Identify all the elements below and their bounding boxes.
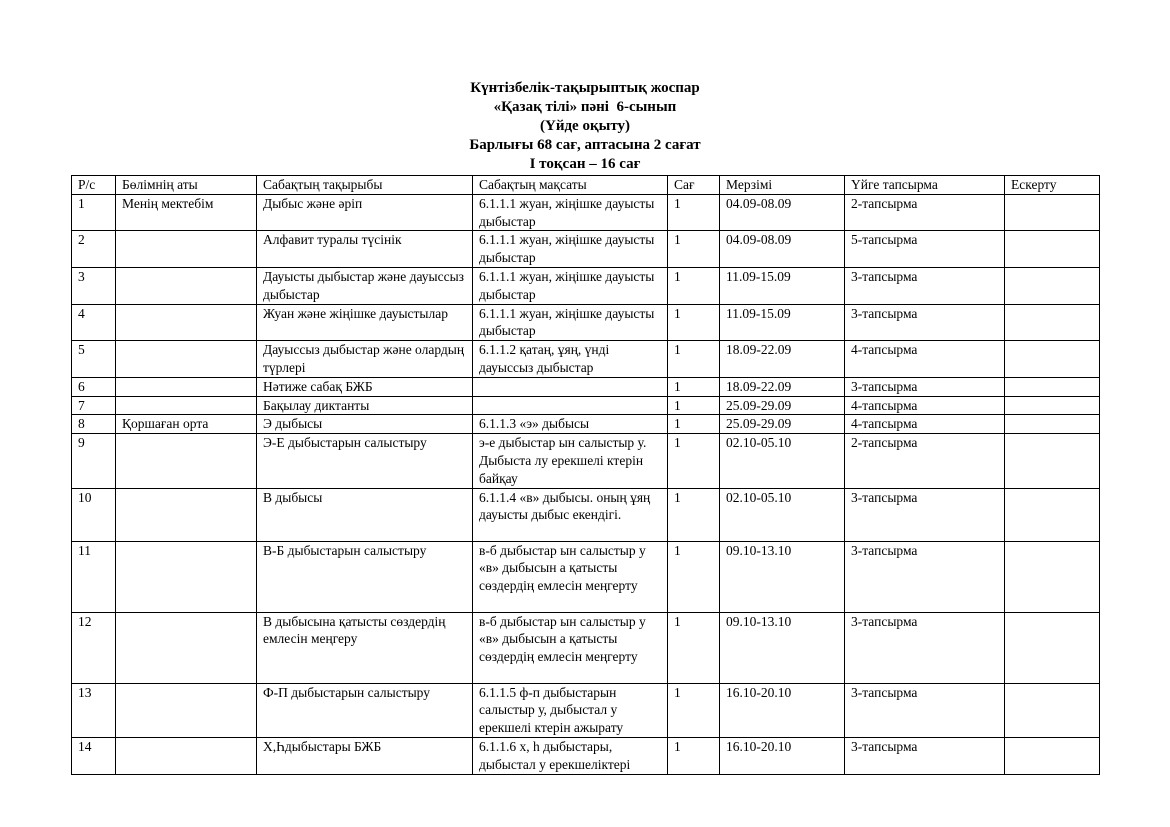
cell-homework: 4-тапсырма [845,415,1005,434]
lesson-plan-table: Р/с Бөлімнің аты Сабақтың тақырыбы Сабақ… [71,175,1100,775]
cell-hours: 1 [668,488,720,541]
cell-number: 6 [72,377,116,396]
cell-note [1005,267,1100,304]
table-row: 12В дыбысына қатысты сөздердің емлесін м… [72,612,1100,683]
table-row: 6Нәтиже сабақ БЖБ118.09-22.093-тапсырма [72,377,1100,396]
cell-homework: 3-тапсырма [845,377,1005,396]
cell-topic: Жуан және жіңішке дауыстылар [257,304,473,341]
heading-subject: «Қазақ тілі» пәні 6-сынып [0,98,1170,117]
cell-homework: 3-тапсырма [845,267,1005,304]
cell-note [1005,377,1100,396]
table-row: 14Х,Һдыбыстары БЖБ6.1.1.6 х, һ дыбыстары… [72,737,1100,774]
cell-note [1005,488,1100,541]
cell-hours: 1 [668,267,720,304]
cell-number: 1 [72,194,116,231]
cell-note [1005,737,1100,774]
column-header-hours: Сағ [668,176,720,195]
cell-section [116,541,257,612]
cell-goal [473,396,668,415]
cell-goal: 6.1.1.1 жуан, жіңішке дауысты дыбыстар [473,231,668,268]
cell-hours: 1 [668,231,720,268]
table-row: 5Дауыссыз дыбыстар және олардың түрлері6… [72,341,1100,378]
cell-section: Қоршаған орта [116,415,257,434]
cell-note [1005,194,1100,231]
cell-goal [473,377,668,396]
column-header-goal: Сабақтың мақсаты [473,176,668,195]
cell-topic: Дыбыс және әріп [257,194,473,231]
cell-dates: 09.10-13.10 [720,541,845,612]
cell-dates: 11.09-15.09 [720,267,845,304]
cell-number: 14 [72,737,116,774]
cell-hours: 1 [668,194,720,231]
cell-dates: 25.09-29.09 [720,415,845,434]
cell-number: 3 [72,267,116,304]
table-row: 13Ф-П дыбыстарын салыстыру6.1.1.5 ф-п ды… [72,683,1100,737]
cell-dates: 11.09-15.09 [720,304,845,341]
cell-topic: Дауыссыз дыбыстар және олардың түрлері [257,341,473,378]
table-row: 2Алфавит туралы түсінік6.1.1.1 жуан, жің… [72,231,1100,268]
table-row: 8Қоршаған ортаЭ дыбысы6.1.1.3 «э» дыбысы… [72,415,1100,434]
table-row: 7Бақылау диктанты125.09-29.094-тапсырма [72,396,1100,415]
column-header-homework: Үйге тапсырма [845,176,1005,195]
cell-hours: 1 [668,434,720,488]
cell-section [116,396,257,415]
table-row: 9Э-Е дыбыстарын салыстыруэ-е дыбыстар ын… [72,434,1100,488]
cell-number: 9 [72,434,116,488]
cell-number: 5 [72,341,116,378]
heading-quarter: І тоқсан – 16 сағ [0,155,1170,174]
cell-homework: 3-тапсырма [845,612,1005,683]
cell-hours: 1 [668,377,720,396]
cell-number: 8 [72,415,116,434]
cell-goal: 6.1.1.4 «в» дыбысы. оның ұяң дауысты дыб… [473,488,668,541]
cell-goal: в-б дыбыстар ын салыстыр у «в» дыбысын а… [473,541,668,612]
column-header-number: Р/с [72,176,116,195]
cell-dates: 16.10-20.10 [720,683,845,737]
cell-dates: 18.09-22.09 [720,341,845,378]
cell-section [116,612,257,683]
cell-topic: В дыбысы [257,488,473,541]
cell-goal: э-е дыбыстар ын салыстыр у. Дыбыста лу е… [473,434,668,488]
cell-section [116,683,257,737]
cell-dates: 04.09-08.09 [720,231,845,268]
cell-goal: 6.1.1.2 қатаң, ұяң, үнді дауыссыз дыбыст… [473,341,668,378]
cell-note [1005,231,1100,268]
cell-section [116,267,257,304]
heading-title: Күнтізбелік-тақырыптық жоспар [0,79,1170,98]
table-row: 11В-Б дыбыстарын салыстырув-б дыбыстар ы… [72,541,1100,612]
cell-section [116,341,257,378]
cell-goal: 6.1.1.6 х, һ дыбыстары, дыбыстал у ерекш… [473,737,668,774]
cell-number: 10 [72,488,116,541]
cell-note [1005,683,1100,737]
column-header-note: Ескерту [1005,176,1100,195]
cell-topic: Э-Е дыбыстарын салыстыру [257,434,473,488]
cell-section [116,304,257,341]
cell-goal: 6.1.1.1 жуан, жіңішке дауысты дыбыстар [473,267,668,304]
cell-dates: 18.09-22.09 [720,377,845,396]
cell-dates: 02.10-05.10 [720,488,845,541]
cell-hours: 1 [668,612,720,683]
cell-number: 12 [72,612,116,683]
column-header-section: Бөлімнің аты [116,176,257,195]
cell-note [1005,434,1100,488]
cell-topic: Ф-П дыбыстарын салыстыру [257,683,473,737]
cell-dates: 16.10-20.10 [720,737,845,774]
cell-goal: 6.1.1.3 «э» дыбысы [473,415,668,434]
cell-number: 13 [72,683,116,737]
cell-topic: Алфавит туралы түсінік [257,231,473,268]
cell-topic: В-Б дыбыстарын салыстыру [257,541,473,612]
cell-goal: 6.1.1.5 ф-п дыбыстарын салыстыр у, дыбыс… [473,683,668,737]
cell-topic: Х,Һдыбыстары БЖБ [257,737,473,774]
cell-hours: 1 [668,415,720,434]
cell-hours: 1 [668,304,720,341]
table-row: 3Дауысты дыбыстар және дауыссыз дыбыстар… [72,267,1100,304]
cell-homework: 3-тапсырма [845,488,1005,541]
cell-dates: 25.09-29.09 [720,396,845,415]
cell-note [1005,415,1100,434]
cell-homework: 3-тапсырма [845,737,1005,774]
cell-homework: 3-тапсырма [845,304,1005,341]
cell-homework: 3-тапсырма [845,683,1005,737]
cell-section [116,231,257,268]
cell-number: 11 [72,541,116,612]
cell-dates: 04.09-08.09 [720,194,845,231]
cell-topic: В дыбысына қатысты сөздердің емлесін мең… [257,612,473,683]
table-row: 10В дыбысы6.1.1.4 «в» дыбысы. оның ұяң д… [72,488,1100,541]
cell-hours: 1 [668,737,720,774]
cell-section [116,434,257,488]
document-heading: Күнтізбелік-тақырыптық жоспар «Қазақ тіл… [0,79,1170,174]
table-row: 4Жуан және жіңішке дауыстылар6.1.1.1 жуа… [72,304,1100,341]
cell-homework: 3-тапсырма [845,541,1005,612]
cell-number: 4 [72,304,116,341]
column-header-dates: Мерзімі [720,176,845,195]
cell-dates: 09.10-13.10 [720,612,845,683]
cell-homework: 5-тапсырма [845,231,1005,268]
table-row: 1Менің мектебімДыбыс және әріп6.1.1.1 жу… [72,194,1100,231]
cell-topic: Нәтиже сабақ БЖБ [257,377,473,396]
cell-goal: в-б дыбыстар ын салыстыр у «в» дыбысын а… [473,612,668,683]
cell-note [1005,612,1100,683]
cell-topic: Бақылау диктанты [257,396,473,415]
cell-hours: 1 [668,683,720,737]
cell-hours: 1 [668,341,720,378]
cell-note [1005,341,1100,378]
cell-homework: 2-тапсырма [845,434,1005,488]
cell-number: 7 [72,396,116,415]
cell-homework: 4-тапсырма [845,396,1005,415]
cell-dates: 02.10-05.10 [720,434,845,488]
cell-section [116,377,257,396]
cell-homework: 4-тапсырма [845,341,1005,378]
cell-topic: Э дыбысы [257,415,473,434]
heading-total-hours: Барлығы 68 сағ, аптасына 2 сағат [0,136,1170,155]
cell-section [116,488,257,541]
table-header-row: Р/с Бөлімнің аты Сабақтың тақырыбы Сабақ… [72,176,1100,195]
cell-note [1005,304,1100,341]
column-header-topic: Сабақтың тақырыбы [257,176,473,195]
cell-number: 2 [72,231,116,268]
cell-hours: 1 [668,541,720,612]
cell-hours: 1 [668,396,720,415]
cell-note [1005,396,1100,415]
cell-section: Менің мектебім [116,194,257,231]
cell-section [116,737,257,774]
heading-mode: (Үйде оқыту) [0,117,1170,136]
cell-homework: 2-тапсырма [845,194,1005,231]
cell-note [1005,541,1100,612]
cell-goal: 6.1.1.1 жуан, жіңішке дауысты дыбыстар [473,304,668,341]
cell-topic: Дауысты дыбыстар және дауыссыз дыбыстар [257,267,473,304]
cell-goal: 6.1.1.1 жуан, жіңішке дауысты дыбыстар [473,194,668,231]
